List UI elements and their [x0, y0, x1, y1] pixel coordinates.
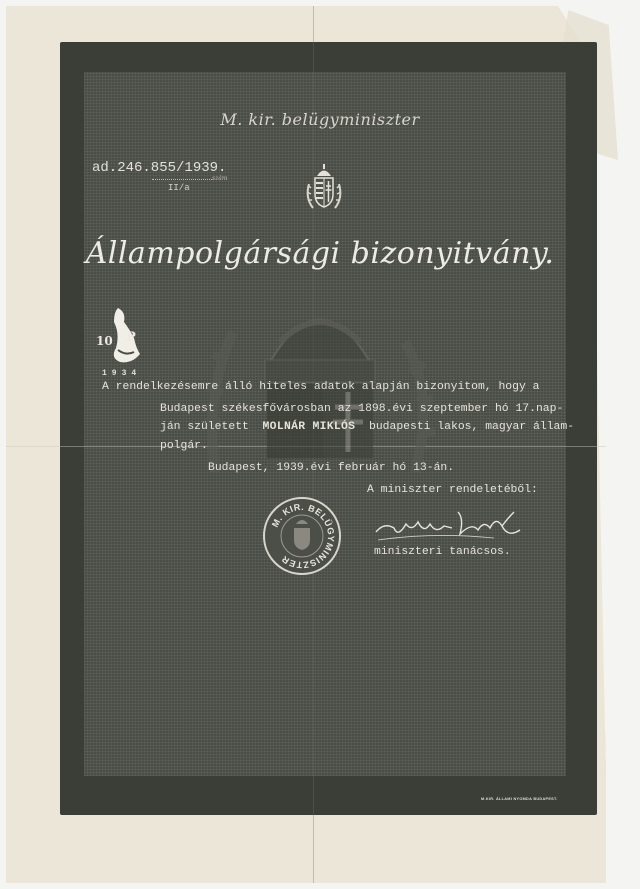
reference-underline	[152, 179, 212, 180]
hungarian-coat-of-arms-icon	[303, 162, 345, 214]
printer-imprint: M.KIR. ÁLLAMI NYOMDA BUDAPEST.	[481, 797, 558, 801]
reference-suffix: szám	[212, 175, 228, 182]
department-code: II/a	[168, 183, 190, 193]
body-line-1: A rendelkezésemre álló hiteles adatok al…	[102, 381, 539, 393]
citizen-name: MOLNÁR MIKLÓS	[263, 421, 356, 433]
place-and-date: Budapest, 1939.évi február hó 13-án.	[208, 462, 454, 474]
body-line-2: Budapest székesfővárosban az 1898.évi sz…	[160, 403, 563, 415]
crown-watermark-icon	[205, 282, 435, 512]
handwritten-signature	[374, 508, 524, 544]
revenue-stamp-icon: 10 P	[96, 308, 176, 368]
stamp-value: 10	[96, 334, 113, 348]
stamp-unit: P	[126, 330, 136, 345]
ministry-heading: M. kir. belügyminiszter	[0, 110, 640, 129]
ministry-seal-icon: M. KIR. BELÜGYMINISZTER	[262, 496, 342, 576]
stamp-year: 1934	[102, 369, 141, 378]
certificate-title: Állampolgársági bizonyitvány.	[0, 236, 640, 271]
body-line-3-suffix: budapesti lakos, magyar állam-	[369, 421, 574, 433]
body-line-3: ján született MOLNÁR MIKLÓS budapesti la…	[160, 421, 574, 433]
body-line-4: polgár.	[160, 440, 208, 452]
reference-number: ad.246.855/1939.	[92, 160, 226, 176]
by-order-of-minister: A miniszter rendeletéből:	[367, 484, 538, 496]
signatory-title: miniszteri tanácsos.	[374, 546, 511, 558]
body-line-3-prefix: ján született	[160, 421, 249, 433]
